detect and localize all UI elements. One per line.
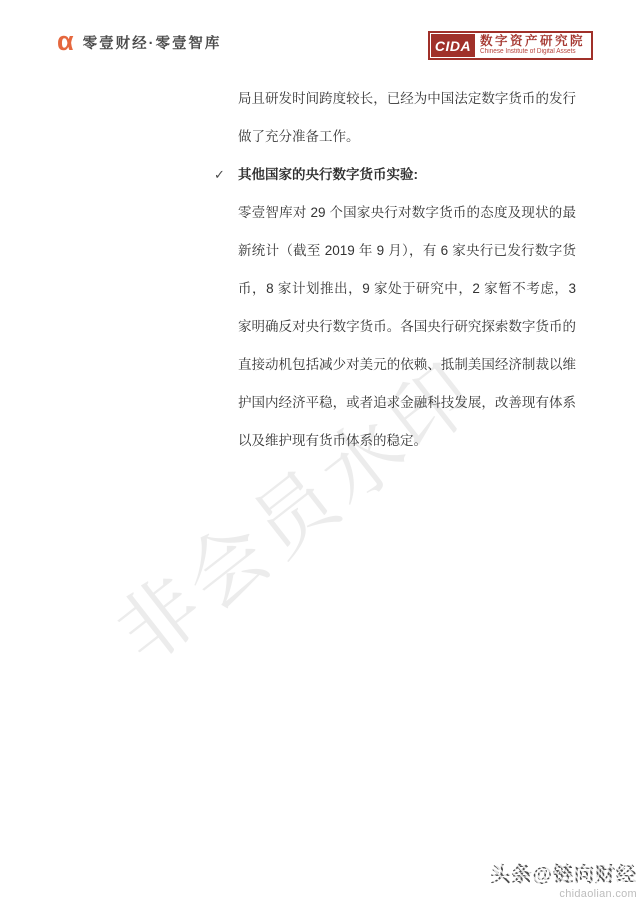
cida-name-cn: 数字资产研究院 (480, 35, 590, 48)
bullet-label: 其他国家的央行数字货币实验: (238, 167, 418, 182)
bullet-item: ✓ 其他国家的央行数字货币实验: (238, 156, 576, 194)
text-line: 做了充分准备工作。 (238, 118, 576, 156)
lingyi-logo: α 零壹财经·零壹智库 (57, 31, 221, 53)
cida-names: 数字资产研究院 Chinese Institute of Digital Ass… (475, 34, 590, 57)
checkmark-icon: ✓ (214, 156, 225, 194)
toutiao-watermark: 头条@链向财经 chidaolian.com (490, 858, 637, 900)
domain-text: chidaolian.com (490, 888, 637, 900)
text-line: 直接动机包括减少对美元的依赖、抵制美国经济制裁以维 (238, 346, 576, 384)
toutiao-handle-text: 头条@链向财经 (490, 858, 637, 887)
document-body: 局且研发时间跨度较长，已经为中国法定数字货币的发行做了充分准备工作。 ✓ 其他国… (238, 80, 576, 460)
document-page: α 零壹财经·零壹智库 CIDA 数字资产研究院 Chinese Institu… (0, 0, 640, 906)
text-line: 币，8 家计划推出，9 家处于研究中，2 家暂不考虑，3 (238, 270, 576, 308)
text-line: 护国内经济平稳，或者追求金融科技发展，改善现有体系 (238, 384, 576, 422)
cida-logo: CIDA 数字资产研究院 Chinese Institute of Digita… (428, 31, 593, 60)
text-line: 以及维护现有货币体系的稳定。 (238, 422, 576, 460)
lingyi-alpha-icon: α (57, 30, 74, 52)
text-line: 新统计（截至 2019 年 9 月），有 6 家央行已发行数字货 (238, 232, 576, 270)
paragraph-2: 零壹智库对 29 个国家央行对数字货币的态度及现状的最新统计（截至 2019 年… (238, 194, 576, 460)
text-line: 零壹智库对 29 个国家央行对数字货币的态度及现状的最 (238, 194, 576, 232)
paragraph-1: 局且研发时间跨度较长，已经为中国法定数字货币的发行做了充分准备工作。 (238, 80, 576, 156)
cida-name-en: Chinese Institute of Digital Assets (480, 48, 581, 56)
text-line: 家明确反对央行数字货币。各国央行研究探索数字货币的 (238, 308, 576, 346)
lingyi-logo-text: 零壹财经·零壹智库 (83, 32, 222, 53)
cida-acronym-badge: CIDA (431, 34, 475, 57)
text-line: 局且研发时间跨度较长，已经为中国法定数字货币的发行 (238, 80, 576, 118)
